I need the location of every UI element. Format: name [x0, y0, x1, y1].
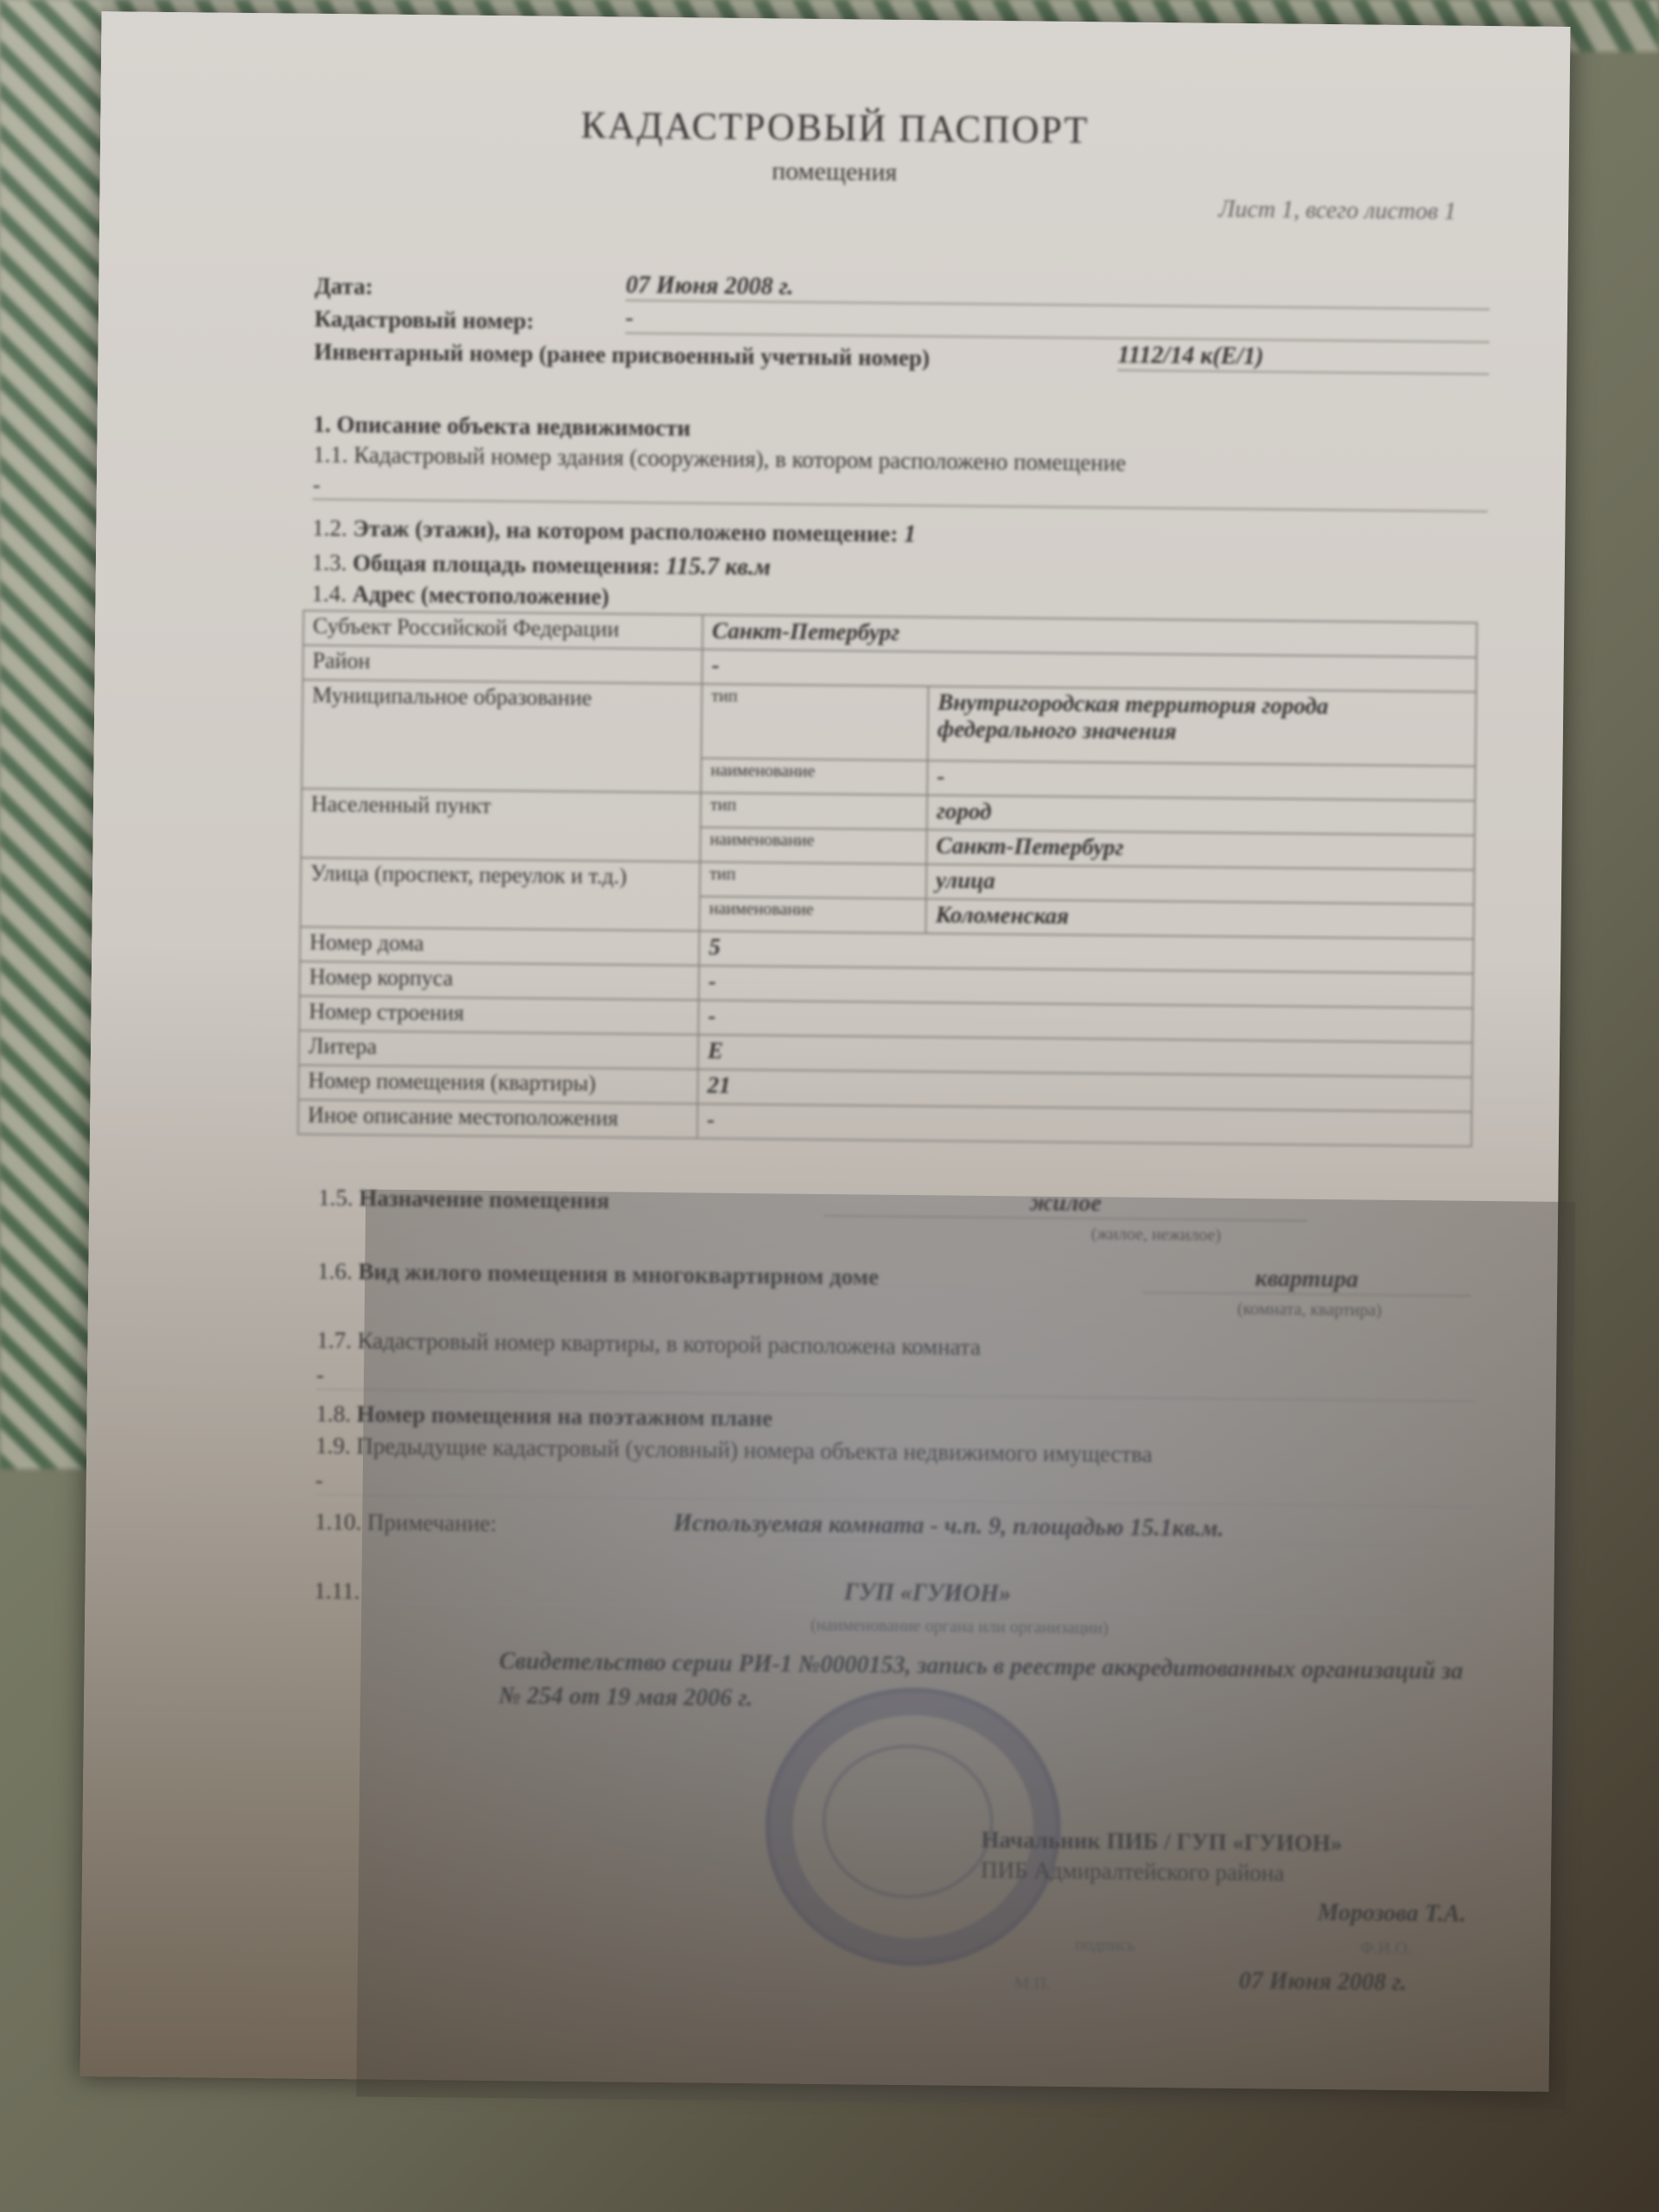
inventory-number-value: 1112/14 к(Е/1) — [1117, 342, 1489, 376]
item-1-1-value: - — [313, 472, 1488, 512]
settlement-name-value: Санкт-Петербург — [926, 829, 1474, 870]
table-row: Муниципальное образованиетипВнутригородс… — [302, 680, 1477, 766]
municipal-name-value: - — [927, 760, 1475, 801]
item-1-3-label: Общая площадь помещения: — [353, 550, 660, 579]
document-title: КАДАСТРОВЫЙ ПАСПОРТ — [100, 98, 1569, 157]
item-1-7-num: 1.7. — [316, 1327, 352, 1353]
street-name-label: наименование — [699, 896, 925, 933]
item-1-2-label: Этаж (этажи), на котором расположено пом… — [353, 515, 898, 547]
settlement-label: Населенный пункт — [301, 789, 701, 862]
cadastral-number-label: Кадастровый номер: — [315, 306, 535, 335]
item-1-5-num: 1.5. — [318, 1185, 353, 1211]
sheet-info: Лист 1, всего листов 1 — [1218, 196, 1456, 226]
item-1-2-num: 1.2. — [312, 515, 347, 541]
date-label: Дата: — [315, 273, 373, 301]
item-1-1-num: 1.1. — [313, 442, 348, 467]
date-value: 07 Июня 2008 г. — [626, 272, 1490, 310]
item-1-10-num: 1.10. — [315, 1509, 361, 1535]
settlement-name-label: наименование — [700, 827, 926, 864]
district-label: Район — [302, 645, 702, 684]
municipal-name-label: наименование — [701, 758, 927, 795]
inventory-number-label: Инвентарный номер (ранее присвоенный уче… — [314, 339, 930, 372]
subject-label: Субъект Российской Федерации — [303, 611, 702, 650]
municipal-label: Муниципальное образование — [302, 680, 702, 793]
item-1-4-num: 1.4. — [311, 581, 346, 607]
address-table: Субъект Российской ФедерацииСанкт-Петерб… — [297, 610, 1478, 1147]
hand-shadow — [356, 1189, 1575, 2109]
municipal-type-value: Внутригородская территория города федера… — [928, 686, 1477, 766]
street-label: Улица (проспект, переулок и т.д.) — [300, 858, 700, 931]
cadastral-number-value: - — [626, 305, 1490, 343]
letter-label: Литера — [299, 1031, 698, 1070]
item-1-3-num: 1.3. — [312, 550, 347, 575]
item-1-11-num: 1.11. — [314, 1578, 359, 1605]
building-label: Номер корпуса — [300, 962, 699, 1001]
house-label: Номер дома — [300, 927, 699, 966]
structure-label: Номер строения — [299, 996, 698, 1035]
apartment-label: Номер помещения (квартиры) — [298, 1065, 697, 1104]
item-1-6-num: 1.6. — [317, 1258, 353, 1284]
settlement-type-label: тип — [701, 792, 927, 829]
item-1-4-label: Адрес (местоположение) — [353, 581, 610, 609]
item-1-2-value: 1 — [904, 521, 916, 548]
item-1-9-num: 1.9. — [315, 1433, 351, 1459]
document-subtitle: помещения — [100, 149, 1569, 194]
street-type-label: тип — [700, 861, 926, 899]
street-type-value: улица — [926, 864, 1474, 905]
item-1-3-value: 115.7 кв.м — [665, 553, 771, 581]
item-1-1-label: Кадастровый номер здания (сооружения), в… — [353, 442, 1126, 475]
item-1-8-num: 1.8. — [315, 1401, 351, 1427]
settlement-type-value: город — [927, 795, 1475, 836]
document-page: КАДАСТРОВЫЙ ПАСПОРТ помещения Лист 1, вс… — [80, 11, 1571, 2092]
other-location-label: Иное описание местоположения — [298, 1100, 697, 1139]
section1-heading: 1. Описание объекта недвижимости — [313, 411, 690, 442]
street-name-value: Коломенская — [925, 899, 1473, 939]
other-location-value: - — [697, 1103, 1471, 1146]
municipal-type-label: тип — [702, 683, 929, 760]
